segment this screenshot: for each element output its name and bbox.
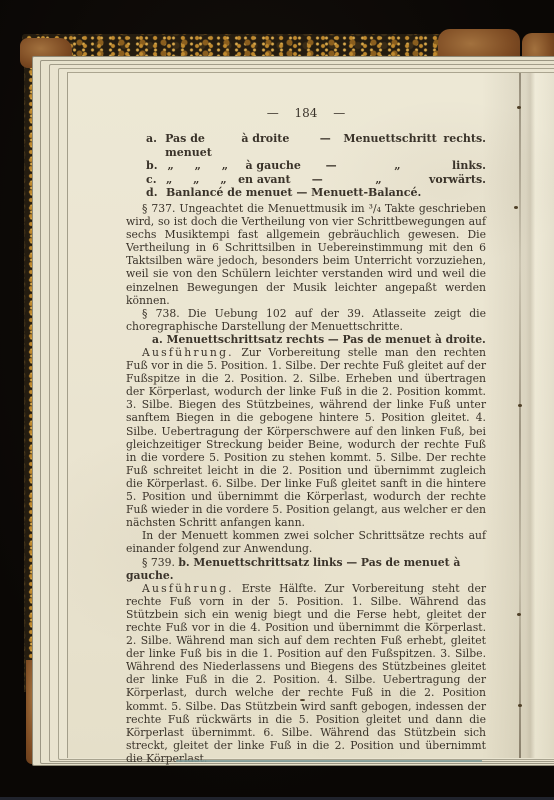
paragraph-738: § 738. Die Uebung 102 auf der 39. Atlass…: [126, 307, 486, 333]
section-heading-b: § 739. b. Menuettschrittsatz links — Pas…: [126, 556, 486, 582]
book-page: — 184 — a. Pas de menuet à droite — Menu…: [67, 72, 554, 758]
page-content: — 184 — a. Pas de menuet à droite — Menu…: [126, 106, 486, 765]
gutter-crease: [519, 73, 521, 758]
list-item-d: d. Banlancé de menuet — Menuett-Balancé.: [146, 186, 486, 200]
page-number: — 184 —: [126, 106, 486, 120]
gutter-shadow: [482, 73, 554, 758]
binding-speck: [517, 613, 521, 616]
photo-background: — 184 — a. Pas de menuet à droite — Menu…: [0, 0, 554, 800]
section-heading-a: a. Menuettschrittsatz rechts — Pas de me…: [126, 333, 486, 346]
list-item-b: b. „ „ „ à gauche — „ links.: [146, 159, 486, 173]
scanner-artifact-line: [176, 760, 482, 762]
paragraph-737: § 737. Ungeachtet die Menuettmusik im ³/…: [126, 202, 486, 307]
paragraph-ausfuehrung-a: Ausführung. Zur Vorbereitung stelle man …: [126, 346, 486, 529]
binding-speck: [518, 404, 522, 407]
binding-speck: [514, 206, 518, 209]
paragraph-ausfuehrung-b: Ausführung. Erste Hälfte. Zur Vorbereitu…: [126, 582, 486, 765]
binding-speck: [518, 704, 522, 707]
list-item-a: a. Pas de menuet à droite — Menuettschri…: [146, 132, 486, 159]
list-item-c: c. „ „ „ en avant — „ vorwärts.: [146, 173, 486, 187]
binding-speck: [517, 106, 521, 109]
menuet-step-list: a. Pas de menuet à droite — Menuettschri…: [146, 132, 486, 200]
paragraph-note: In der Menuett kommen zwei solcher Schri…: [126, 529, 486, 555]
